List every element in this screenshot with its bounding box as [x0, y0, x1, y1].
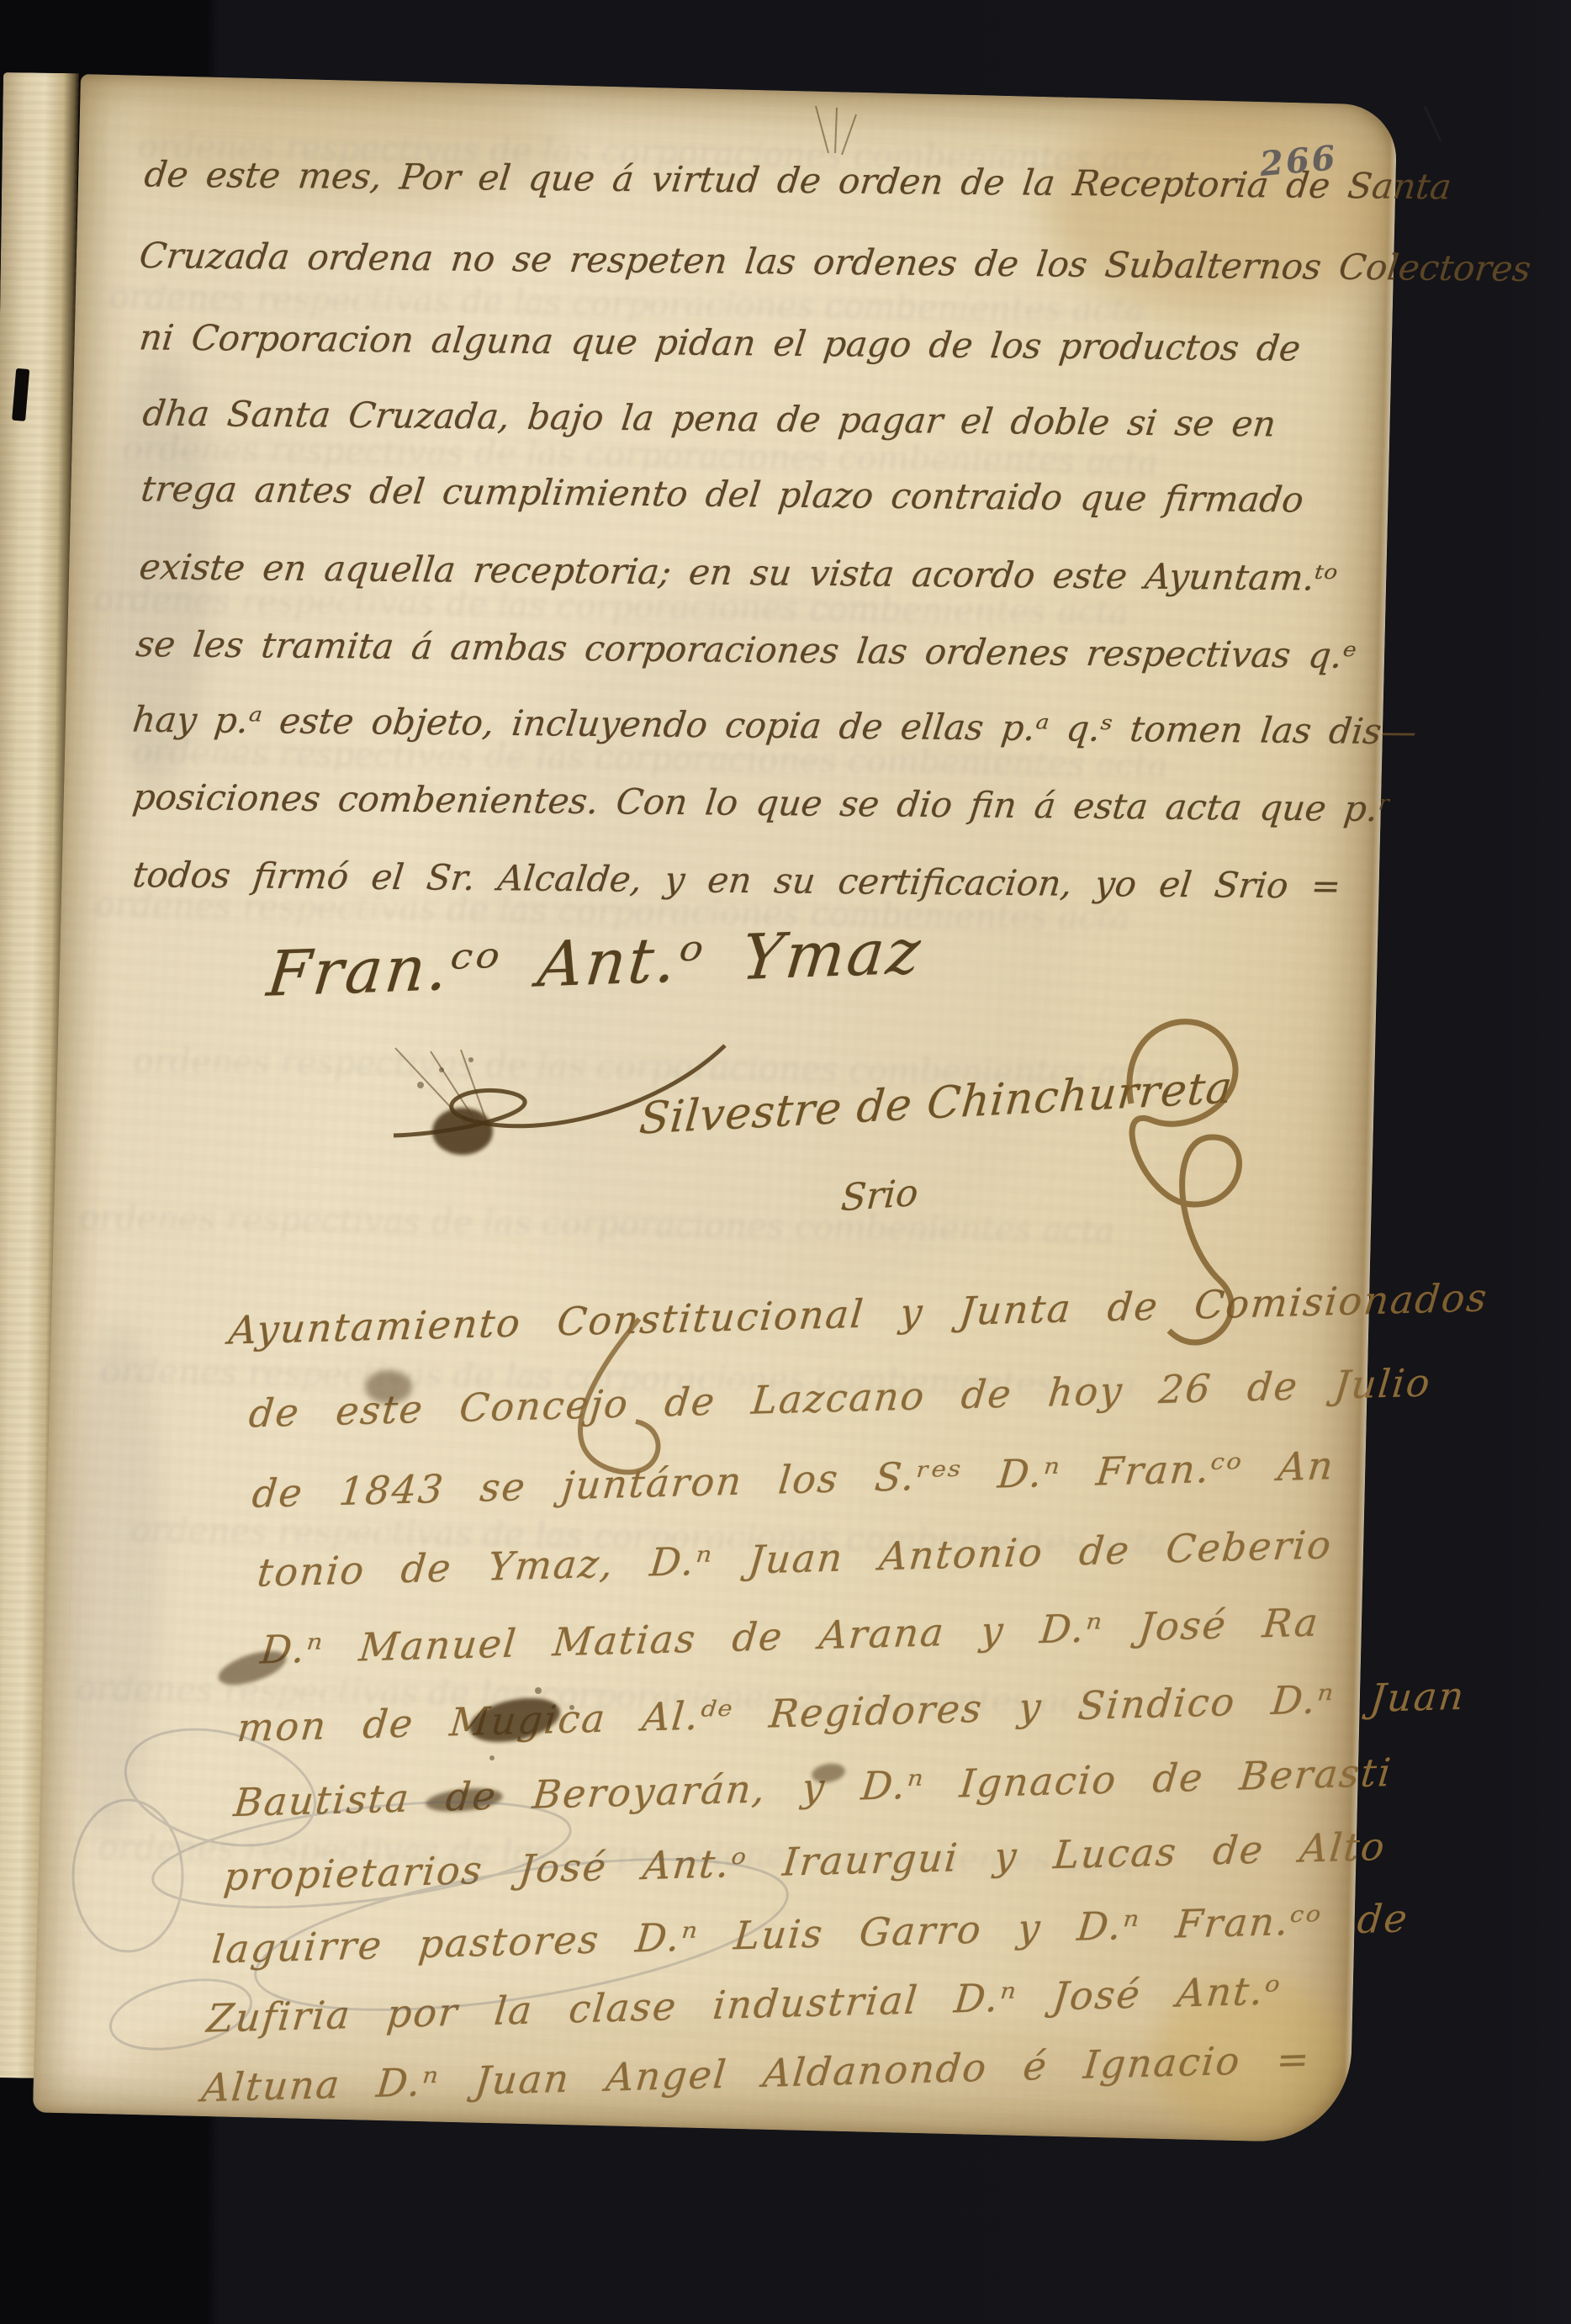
manuscript-page: ordenes respectivas de las corporaciones…: [33, 74, 1398, 2143]
manuscript-scan: ordenes respectivas de las corporaciones…: [0, 0, 1571, 2324]
binding-clasp: [12, 368, 29, 421]
